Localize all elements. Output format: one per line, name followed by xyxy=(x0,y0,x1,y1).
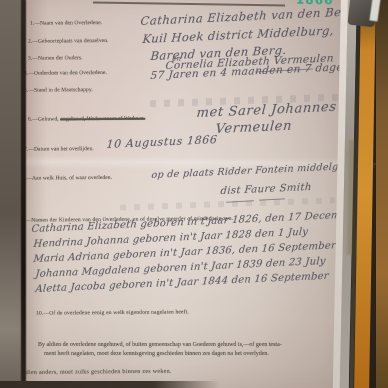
document-photo: 1866 1.—Naam van den Overledene. 2.—Gebo… xyxy=(0,0,388,388)
field-2-label: 2.—Geboorteplaats van denzelven. xyxy=(28,38,109,44)
bottom-edge-shadow xyxy=(0,381,220,388)
field-4-label: 4.—Ouderdom van den Overledene. xyxy=(24,70,107,76)
legal-note: By aldien de overledene ongehuwd, of bui… xyxy=(38,341,340,360)
field-6-label: 6.—Gehuwd, ongehuwd, Weduwenaar of Weduw… xyxy=(28,116,145,123)
legal-note-line2: ment heeft nagelaten, moet deze kennisge… xyxy=(38,350,340,359)
field-3-label: 3.—Namen der Ouders. xyxy=(28,56,83,62)
field-1-label: 1.—Naam van den Overledene. xyxy=(30,20,102,26)
left-book-margin xyxy=(0,0,22,388)
book-cover-rim xyxy=(376,0,388,388)
field-6-label-struck: ongehuwd, Weduwenaar of Weduwe. xyxy=(60,116,145,122)
field-6-label-kept: 6.—Gehuwd, xyxy=(28,117,59,123)
legal-note-line1: By aldien de overledene ongehuwd, of bui… xyxy=(38,342,282,348)
field-7-label: 7.—Datum van het overlijden. xyxy=(24,146,94,152)
field-8-label: 8.—Aan welk Huis, of waar overleden. xyxy=(22,175,112,181)
gutter-crease xyxy=(21,0,26,388)
field-5-label: 5.—Stand in de Maatschappy. xyxy=(24,87,93,93)
